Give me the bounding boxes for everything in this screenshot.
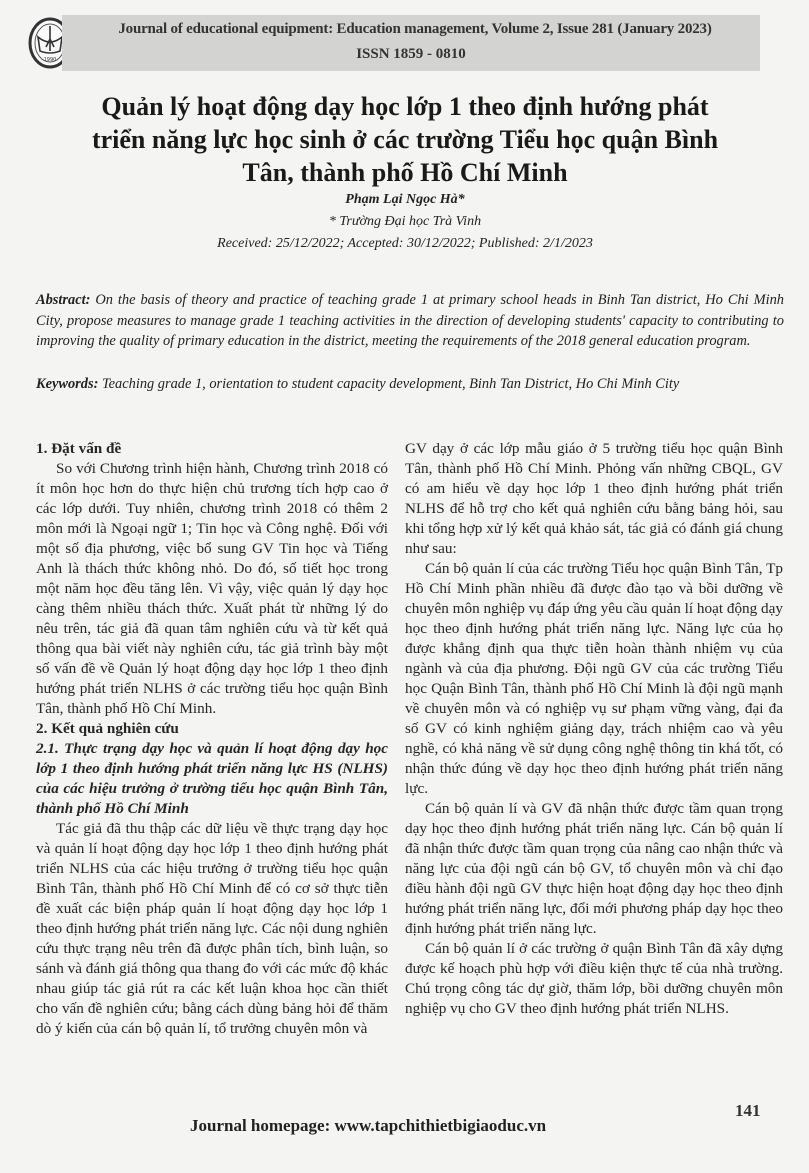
keywords-label: Keywords:: [36, 376, 98, 392]
journal-citation: Journal of educational equipment: Educat…: [70, 21, 760, 38]
issn: ISSN 1859 - 0810: [62, 46, 760, 63]
section-heading-2: 2. Kết quả nghiên cứu: [36, 719, 388, 739]
abstract-text: On the basis of theory and practice of t…: [36, 292, 784, 349]
paragraph: Cán bộ quản lí và GV đã nhận thức được t…: [405, 799, 783, 939]
section-heading-1: 1. Đặt vấn đề: [36, 439, 388, 459]
keywords: Keywords: Teaching grade 1, orientation …: [36, 374, 784, 395]
journal-page: 1990 Journal of educational equipment: E…: [0, 0, 809, 1173]
paragraph: Cán bộ quản lí ở các trường ở quận Bình …: [405, 939, 783, 1019]
paragraph: So với Chương trình hiện hành, Chương tr…: [36, 459, 388, 719]
page-number: 141: [735, 1101, 761, 1121]
abstract: Abstract: On the basis of theory and pra…: [36, 290, 784, 352]
journal-homepage: Journal homepage: www.tapchithietbigiaod…: [190, 1116, 630, 1136]
svg-text:1990: 1990: [44, 57, 57, 63]
paragraph: GV dạy ở các lớp mẫu giáo ở 5 trường tiể…: [405, 439, 783, 559]
paragraph: Tác giả đã thu thập các dữ liệu về thực …: [36, 819, 388, 1039]
paragraph: Cán bộ quản lí của các trường Tiểu học q…: [405, 559, 783, 799]
keywords-text: Teaching grade 1, orientation to student…: [102, 376, 679, 392]
subsection-heading-2-1: 2.1. Thực trạng dạy học và quản lí hoạt …: [36, 739, 388, 819]
left-column: 1. Đặt vấn đề So với Chương trình hiện h…: [36, 439, 388, 1039]
article-dates: Received: 25/12/2022; Accepted: 30/12/20…: [80, 236, 730, 252]
article-title: Quản lý hoạt động dạy học lớp 1 theo địn…: [80, 90, 730, 189]
abstract-label: Abstract:: [36, 292, 90, 308]
author-affiliation: * Trường Đại học Trà Vinh: [80, 214, 730, 230]
right-column: GV dạy ở các lớp mẫu giáo ở 5 trường tiể…: [405, 439, 783, 1019]
author-name: Phạm Lại Ngọc Hà*: [80, 192, 730, 208]
